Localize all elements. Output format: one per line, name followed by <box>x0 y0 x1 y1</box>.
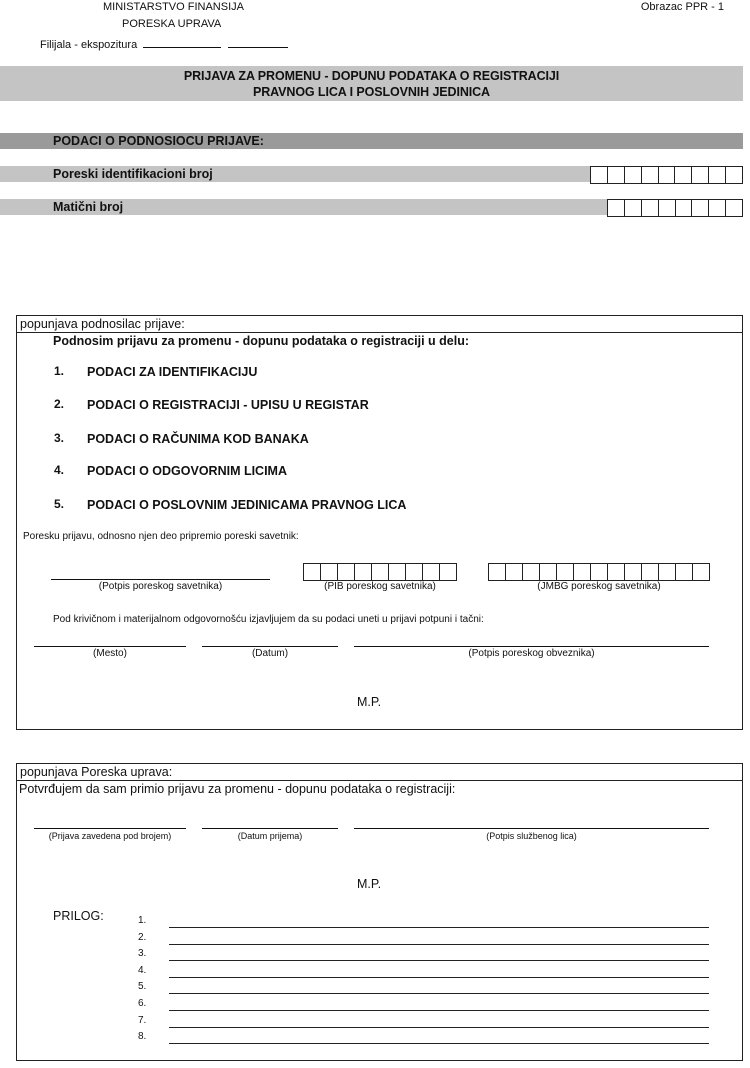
advisor-pib-caption: (PIB poreskog savetnika) <box>303 581 457 592</box>
pib-input-boxes[interactable] <box>590 166 743 184</box>
attachment-line[interactable] <box>169 944 709 945</box>
branch-code-field[interactable] <box>228 35 288 48</box>
change-item-label[interactable]: PODACI O POSLOVNIM JEDINICAMA PRAVNOG LI… <box>87 498 406 512</box>
advisor-signature-caption: (Potpis poreskog savetnika) <box>51 581 270 592</box>
receipt-date-line[interactable] <box>202 828 338 829</box>
attachment-number: 8. <box>138 1031 146 1042</box>
attachment-line[interactable] <box>169 1010 709 1011</box>
ministry-name: MINISTARSTVO FINANSIJA <box>103 1 244 13</box>
digit-box[interactable] <box>389 564 406 580</box>
digit-box[interactable] <box>338 564 355 580</box>
digit-box[interactable] <box>372 564 389 580</box>
advisor-note: Poresku prijavu, odnosno njen deo pripre… <box>23 531 299 542</box>
attachment-number: 7. <box>138 1015 146 1026</box>
mb-label: Matični broj <box>53 199 123 215</box>
change-item-number: 4. <box>54 463 64 477</box>
digit-box[interactable] <box>489 564 506 580</box>
advisor-jmbg-caption: (JMBG poreskog savetnika) <box>488 581 710 592</box>
form-title-line1: PRIJAVA ZA PROMENU - DOPUNU PODATAKA O R… <box>0 68 743 84</box>
digit-box[interactable] <box>692 200 709 216</box>
attachment-line[interactable] <box>169 927 709 928</box>
advisor-signature-line[interactable] <box>51 579 270 580</box>
attachments-label: PRILOG: <box>53 909 104 923</box>
digit-box[interactable] <box>659 200 676 216</box>
applicant-panel-heading: popunjava podnosilac prijave: <box>17 316 742 333</box>
digit-box[interactable] <box>726 200 742 216</box>
digit-box[interactable] <box>692 167 709 183</box>
attachment-number: 3. <box>138 948 146 959</box>
digit-box[interactable] <box>726 167 742 183</box>
form-code: Obrazac PPR - 1 <box>641 1 724 13</box>
digit-box[interactable] <box>642 167 659 183</box>
change-item-label[interactable]: PODACI O REGISTRACIJI - UPISU U REGISTAR <box>87 398 369 412</box>
branch-label: Filijala - ekspozitura <box>40 39 137 51</box>
digit-box[interactable] <box>406 564 423 580</box>
digit-box[interactable] <box>591 564 608 580</box>
change-item-label[interactable]: PODACI ZA IDENTIFIKACIJU <box>87 365 257 379</box>
digit-box[interactable] <box>608 167 625 183</box>
digit-box[interactable] <box>440 564 456 580</box>
change-item-number: 3. <box>54 431 64 445</box>
official-signature-line[interactable] <box>354 828 709 829</box>
date-line[interactable] <box>202 646 338 647</box>
authority-panel: popunjava Poreska uprava: <box>16 763 743 1061</box>
digit-box[interactable] <box>659 167 676 183</box>
attachment-line[interactable] <box>169 993 709 994</box>
attachment-line[interactable] <box>169 1043 709 1044</box>
digit-box[interactable] <box>423 564 440 580</box>
pib-label: Poreski identifikacioni broj <box>53 166 213 182</box>
taxpayer-signature-line[interactable] <box>354 646 709 647</box>
mb-input-boxes[interactable] <box>607 199 743 217</box>
advisor-jmbg-boxes[interactable] <box>488 563 710 581</box>
change-item-number: 1. <box>54 364 64 378</box>
digit-box[interactable] <box>625 200 642 216</box>
attachment-number: 6. <box>138 998 146 1009</box>
digit-box[interactable] <box>355 564 372 580</box>
digit-box[interactable] <box>304 564 321 580</box>
digit-box[interactable] <box>506 564 523 580</box>
authority-stamp: M.P. <box>357 877 381 891</box>
digit-box[interactable] <box>659 564 676 580</box>
digit-box[interactable] <box>540 564 557 580</box>
applicant-stamp: M.P. <box>357 695 381 709</box>
attachment-line[interactable] <box>169 960 709 961</box>
change-item-number: 5. <box>54 497 64 511</box>
digit-box[interactable] <box>642 200 659 216</box>
digit-box[interactable] <box>574 564 591 580</box>
digit-box[interactable] <box>625 167 642 183</box>
official-signature-caption: (Potpis službenog lica) <box>354 831 709 841</box>
digit-box[interactable] <box>676 564 693 580</box>
authority-panel-heading: popunjava Poreska uprava: <box>17 764 742 781</box>
applicant-section-heading: PODACI O PODNOSIOCU PRIJAVE: <box>0 133 743 149</box>
taxpayer-signature-caption: (Potpis poreskog obveznika) <box>354 648 709 659</box>
digit-box[interactable] <box>608 200 625 216</box>
confirmation-text: Potvrđujem da sam primio prijavu za prom… <box>19 782 455 796</box>
attachment-number: 2. <box>138 932 146 943</box>
digit-box[interactable] <box>642 564 659 580</box>
digit-box[interactable] <box>709 200 726 216</box>
digit-box[interactable] <box>523 564 540 580</box>
form-title: PRIJAVA ZA PROMENU - DOPUNU PODATAKA O R… <box>0 66 743 101</box>
reg-number-caption: (Prijava zavedena pod brojem) <box>34 831 186 841</box>
change-item-label[interactable]: PODACI O ODGOVORNIM LICIMA <box>87 464 287 478</box>
attachment-line[interactable] <box>169 977 709 978</box>
form-title-line2: PRAVNOG LICA I POSLOVNIH JEDINICA <box>0 84 743 100</box>
branch-row: Filijala - ekspozitura <box>40 35 288 51</box>
applicant-intro: Podnosim prijavu za promenu - dopunu pod… <box>53 334 469 348</box>
digit-box[interactable] <box>675 167 692 183</box>
receipt-date-caption: (Datum prijema) <box>202 831 338 841</box>
declaration-text: Pod krivičnom i materijalnom odgovornošć… <box>53 614 484 625</box>
branch-field[interactable] <box>143 35 221 48</box>
digit-box[interactable] <box>693 564 709 580</box>
change-item-number: 2. <box>54 397 64 411</box>
attachment-number: 5. <box>138 981 146 992</box>
advisor-pib-boxes[interactable] <box>303 563 457 581</box>
attachment-line[interactable] <box>169 1027 709 1028</box>
digit-box[interactable] <box>676 200 693 216</box>
digit-box[interactable] <box>321 564 338 580</box>
attachment-number: 4. <box>138 965 146 976</box>
digit-box[interactable] <box>557 564 574 580</box>
digit-box[interactable] <box>625 564 642 580</box>
authority-name: PORESKA UPRAVA <box>122 18 221 30</box>
change-item-label[interactable]: PODACI O RAČUNIMA KOD BANAKA <box>87 432 309 446</box>
digit-box[interactable] <box>608 564 625 580</box>
date-caption: (Datum) <box>202 648 338 659</box>
place-caption: (Mesto) <box>34 648 186 659</box>
reg-number-line[interactable] <box>34 828 186 829</box>
digit-box[interactable] <box>591 167 608 183</box>
place-line[interactable] <box>34 646 186 647</box>
digit-box[interactable] <box>709 167 726 183</box>
attachment-number: 1. <box>138 915 146 926</box>
